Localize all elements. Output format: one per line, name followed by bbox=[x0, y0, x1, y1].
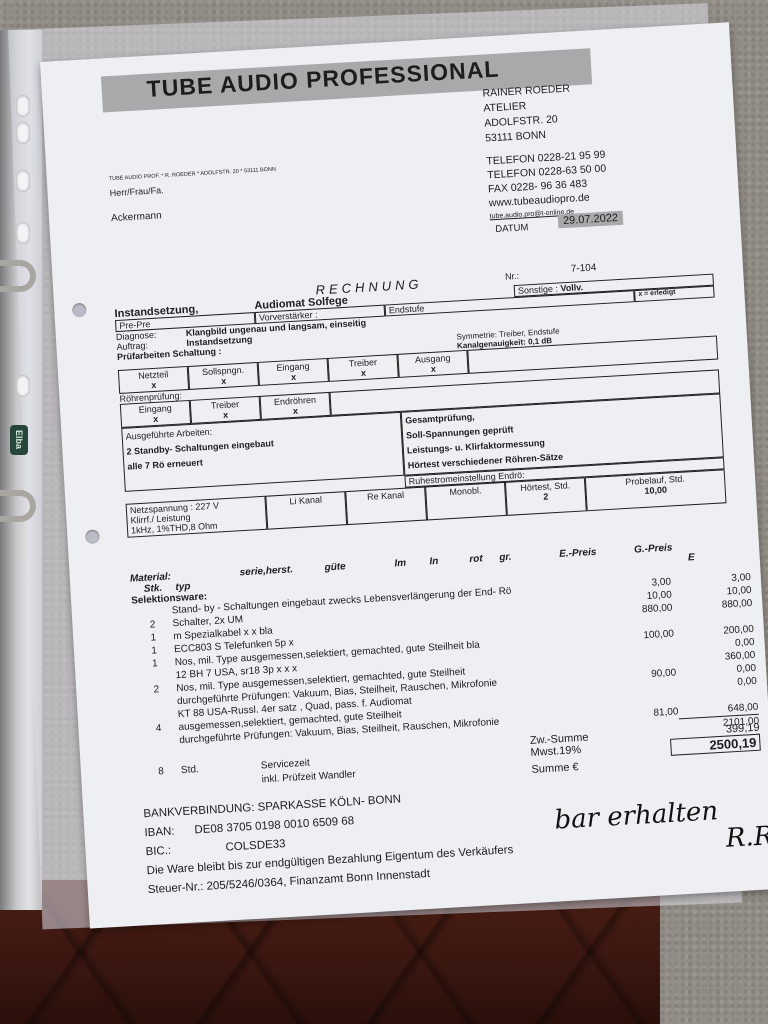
other-value: Vollv. bbox=[560, 282, 583, 293]
service-qty: 8 bbox=[141, 764, 183, 794]
check-mark: x bbox=[151, 380, 157, 390]
salutation: Herr/Frau/Fa. bbox=[109, 185, 164, 198]
listening-hours: 2 bbox=[543, 491, 549, 501]
punch-hole bbox=[72, 303, 87, 318]
left-channel: Li Kanal bbox=[265, 491, 347, 530]
binder-ring bbox=[0, 260, 36, 292]
check-mark: x bbox=[361, 368, 367, 378]
invoice-sheet: TUBE AUDIO PROFESSIONAL RAINER ROEDER AT… bbox=[40, 22, 768, 928]
protector-hole bbox=[16, 95, 30, 117]
check-mark: x bbox=[223, 410, 229, 420]
protector-hole bbox=[16, 122, 30, 144]
binder-brand-label: Elba bbox=[10, 425, 28, 455]
number-label: Nr.: bbox=[505, 271, 520, 282]
check-mark: x bbox=[293, 406, 299, 416]
repair-form: Instandsetzung, Audiomat Solfege Sonstig… bbox=[114, 274, 726, 538]
customer-name: Ackermann bbox=[111, 210, 162, 224]
check-mark: x bbox=[291, 372, 297, 382]
protector-hole bbox=[16, 375, 30, 397]
work-item: alle 7 Rö erneuert bbox=[127, 457, 203, 471]
monoblock: Monobl. bbox=[425, 482, 507, 521]
service-unit: Std. bbox=[181, 759, 262, 792]
handwritten-note: bar erhalten bbox=[554, 796, 719, 835]
invoice-number: 7-104 bbox=[570, 262, 596, 274]
bic: COLSDE33 bbox=[225, 838, 286, 853]
burnin-hours: 10,00 bbox=[644, 485, 667, 496]
date-label: DATUM bbox=[495, 222, 529, 235]
check-mark: x bbox=[153, 414, 159, 424]
check-mark: x bbox=[221, 376, 227, 386]
bank-details: BANKVERBINDUNG: SPARKASSE KÖLN- BONN IBA… bbox=[143, 784, 515, 900]
protector-hole bbox=[16, 222, 30, 244]
invoice-date: 29.07.2022 bbox=[558, 211, 624, 229]
punch-hole bbox=[85, 529, 100, 544]
check-mark: x bbox=[431, 364, 437, 374]
protector-hole bbox=[16, 170, 30, 192]
binder-ring bbox=[0, 490, 36, 522]
handwritten-initials: R.R bbox=[725, 821, 768, 854]
sender-line: TUBE AUDIO PROF. * R. ROEDER * ADOLFSTR.… bbox=[109, 167, 276, 183]
right-channel: Re Kanal bbox=[345, 487, 427, 526]
company-address: RAINER ROEDER ATELIER ADOLFSTR. 20 53111… bbox=[482, 82, 573, 147]
